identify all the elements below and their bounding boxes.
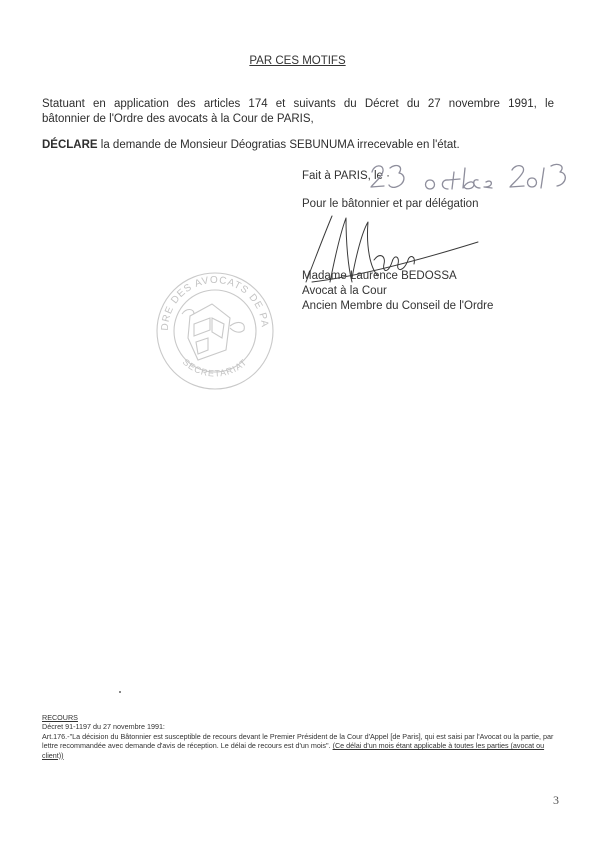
- statuant-line-2: bâtonnier de l'Ordre des avocats à la Co…: [42, 113, 314, 125]
- official-stamp: ORDRE DES AVOCATS DE PARIS SECRETARIAT: [150, 268, 280, 393]
- scan-speck: [119, 691, 121, 693]
- statuant-line-1: Statuant en application des articles 174…: [42, 97, 554, 112]
- statuant-paragraph: Statuant en application des articles 174…: [42, 97, 554, 127]
- declare-paragraph: DÉCLARE la demande de Monsieur Déogratia…: [42, 138, 554, 153]
- handwritten-date: [368, 160, 583, 194]
- page-heading: PAR CES MOTIFS: [0, 55, 595, 67]
- declare-keyword: DÉCLARE: [42, 139, 98, 151]
- signatory-role: Ancien Membre du Conseil de l'Ordre: [302, 299, 493, 314]
- recours-article: Art.176.-"La décision du Bâtonnier est s…: [42, 732, 567, 760]
- page-number: 3: [553, 793, 559, 808]
- delegation-line: Pour le bâtonnier et par délégation: [302, 198, 478, 210]
- declare-text: la demande de Monsieur Déogratias SEBUNU…: [98, 139, 460, 151]
- recours-heading: RECOURS: [42, 713, 567, 722]
- handwritten-signature: [300, 212, 500, 292]
- recours-footnote: RECOURS Décret 91-1197 du 27 novembre 19…: [42, 713, 567, 760]
- svg-text:SECRETARIAT: SECRETARIAT: [181, 357, 249, 379]
- recours-decree: Décret 91-1197 du 27 novembre 1991:: [42, 722, 567, 731]
